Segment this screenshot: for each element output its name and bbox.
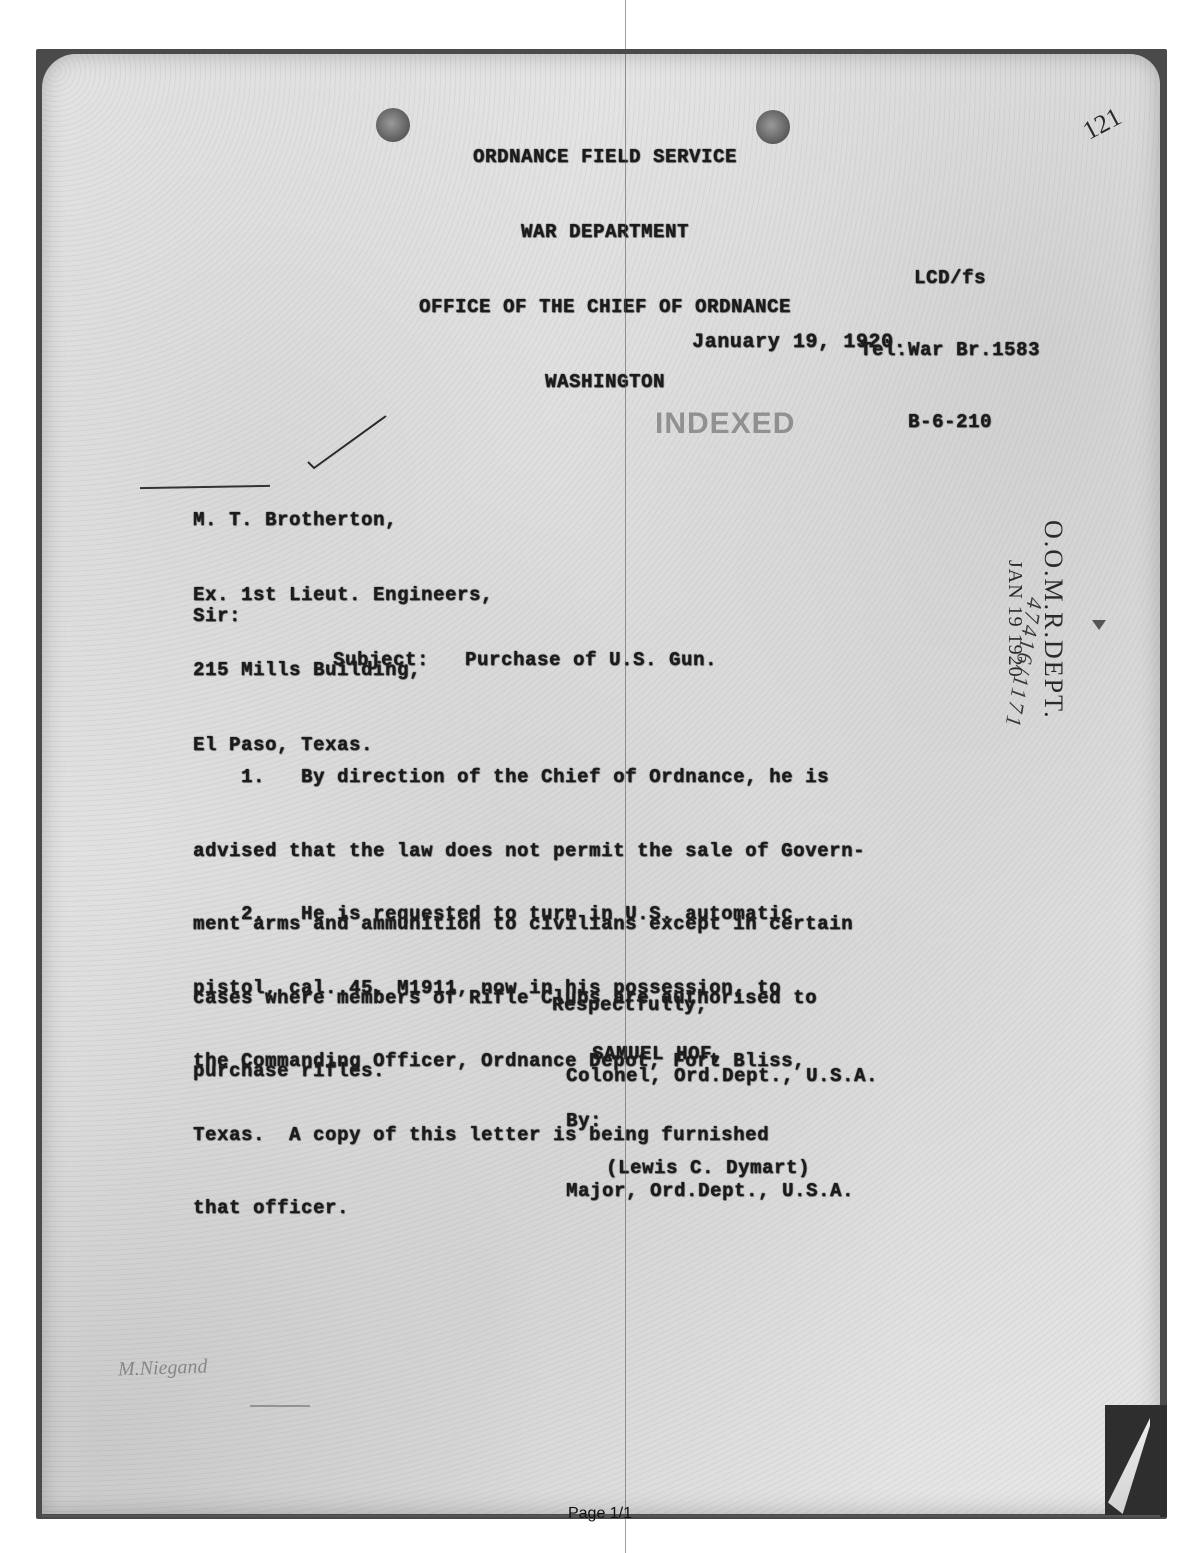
paragraph-line: pistol, cal..45, M1911, now in his posse…: [193, 976, 805, 1001]
letter-date: January 19, 1920.: [692, 330, 906, 355]
letterhead-line: OFFICE OF THE CHIEF OF ORDNANCE: [375, 295, 835, 320]
arrow-mark-icon: [1092, 620, 1106, 630]
reference-line: LCD/fs: [830, 266, 1070, 290]
letterhead-line: WASHINGTON: [375, 370, 835, 395]
address-line: M. T. Brotherton,: [193, 508, 493, 533]
indexed-stamp: INDEXED: [655, 407, 795, 441]
by-label: By:: [566, 1109, 602, 1134]
paragraph-line: 2. He is requested to turn in U.S. autom…: [193, 902, 805, 927]
page-indicator: Page 1/1: [0, 1505, 1200, 1523]
received-stamp: O.O.M.R.DEPT. JAN 19 1920 47416/1171: [968, 520, 1088, 820]
letterhead: ORDNANCE FIELD SERVICE WAR DEPARTMENT OF…: [375, 95, 835, 420]
letterhead-line: ORDNANCE FIELD SERVICE: [375, 145, 835, 170]
scan-center-line: [625, 0, 626, 1553]
signer-title: Colonel, Ord.Dept., U.S.A.: [566, 1064, 878, 1089]
salutation: Sir:: [193, 604, 241, 629]
closing: Respectfully,: [552, 993, 708, 1018]
reference-line: B-6-210: [830, 410, 1070, 434]
letterhead-line: WAR DEPARTMENT: [375, 220, 835, 245]
signer2-title: Major, Ord.Dept., U.S.A.: [566, 1179, 854, 1204]
pencil-underline: [250, 1405, 310, 1407]
subject-line: Subject: Purchase of U.S. Gun.: [333, 648, 717, 673]
paragraph-line: Texas. A copy of this letter is being fu…: [193, 1123, 805, 1148]
page-indicator-text: Page 1/1: [568, 1505, 632, 1522]
paragraph-line: 1. By direction of the Chief of Ordnance…: [193, 765, 865, 790]
signer2-name: (Lewis C. Dymart): [606, 1156, 810, 1181]
pencil-annotation: M.Niegand: [118, 1355, 208, 1381]
